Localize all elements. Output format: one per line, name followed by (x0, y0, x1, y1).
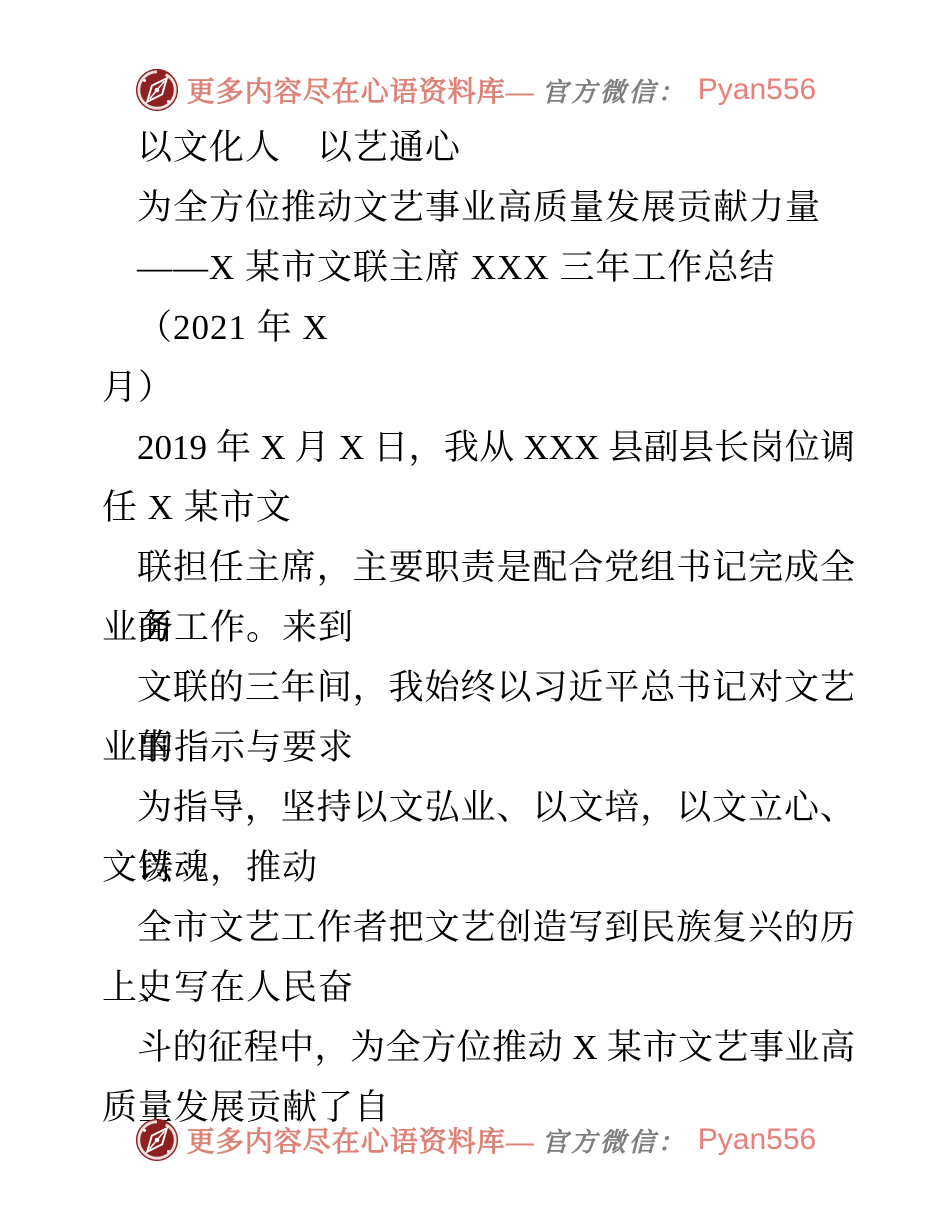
text-line: 2019 年 X 月 X 日，我从 XXX 县副县长岗位调 (102, 418, 855, 478)
text-line: 文联的三年间，我始终以习近平总书记对文艺事 (102, 658, 855, 718)
watermark-account: Pyan556 (698, 73, 816, 107)
text-line: 业的指示与要求 (102, 718, 855, 778)
pen-circle-logo-icon (134, 1117, 180, 1163)
document-page: 更多内容尽在心语资料库— 官方微信： Pyan556 以文化人 以艺通心为全方位… (0, 0, 950, 1230)
document-body: 以文化人 以艺通心为全方位推动文艺事业高质量发展贡献力量——X 某市文联主席 X… (102, 118, 855, 1138)
text-line: 文铸魂，推动 (102, 838, 855, 898)
text-line: 以文化人 以艺通心 (102, 118, 855, 178)
text-line: 业务工作。来到 (102, 598, 855, 658)
text-line: 为全方位推动文艺事业高质量发展贡献力量 (102, 178, 855, 238)
text-line: 全市文艺工作者把文艺创造写到民族复兴的历史 (102, 898, 855, 958)
header-watermark: 更多内容尽在心语资料库— 官方微信： Pyan556 (0, 64, 950, 116)
text-line: 月） (102, 358, 855, 418)
text-line: （2021 年 X (102, 298, 855, 358)
watermark-channel-label: 官方微信： (542, 1122, 687, 1159)
watermark-brand-text: 更多内容尽在心语资料库— (187, 1120, 535, 1160)
watermark-channel-label: 官方微信： (542, 72, 687, 109)
text-line: 上、写在人民奋 (102, 958, 855, 1018)
text-line: 斗的征程中，为全方位推动 X 某市文艺事业高 (102, 1018, 855, 1078)
watermark-brand-text: 更多内容尽在心语资料库— (187, 70, 535, 110)
text-line: 为指导，坚持以文弘业、以文培，以文立心、以 (102, 778, 855, 838)
text-line: ——X 某市文联主席 XXX 三年工作总结 (102, 238, 855, 298)
text-line: 任 X 某市文 (102, 478, 855, 538)
watermark-account: Pyan556 (698, 1123, 816, 1157)
pen-circle-logo-icon (134, 67, 180, 113)
footer-watermark: 更多内容尽在心语资料库— 官方微信： Pyan556 (0, 1114, 950, 1166)
text-line: 联担任主席，主要职责是配合党组书记完成全面 (102, 538, 855, 598)
